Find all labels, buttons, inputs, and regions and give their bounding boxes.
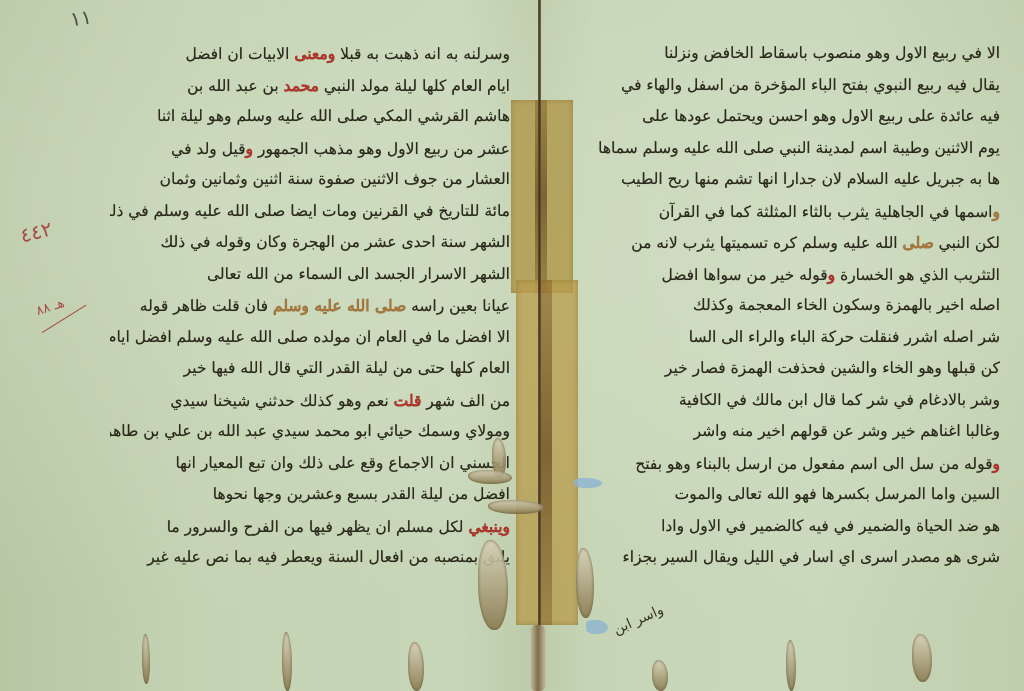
line-text: التثريب الذي هو الخسارة: [835, 266, 1000, 284]
line-text: يليق بمنصبه من افعال السنة ويعطر فيه بما…: [147, 548, 510, 566]
manuscript-line: وشر بالادغام في شر كما قال ابن مالك في ا…: [590, 385, 1000, 417]
gutter-tape-upper: [511, 100, 573, 293]
line-text: العشار من جوف الاثنين صفوة سنة اثنين وثم…: [160, 170, 510, 188]
manuscript-line: واسمها في الجاهلية يثرب بالثاء المثلثة ك…: [590, 196, 1000, 228]
spine-gutter: [538, 0, 541, 691]
line-text: العام كلها حتى من ليلة القدر التي قال ال…: [184, 359, 510, 377]
line-text: افضل من ليلة القدر بسبع وعشرين وجها نحوه…: [213, 485, 510, 503]
manuscript-line: من الف شهر قلت نعم وهو كذلك حدثني شيخنا …: [110, 385, 510, 417]
manuscript-line: العشار من جوف الاثنين صفوة سنة اثنين وثم…: [110, 164, 510, 196]
line-text: بن عبد الله بن: [187, 77, 283, 95]
line-text: قيل ولد في: [171, 140, 245, 158]
worm-hole: [468, 470, 512, 484]
manuscript-line: يليق بمنصبه من افعال السنة ويعطر فيه بما…: [110, 542, 510, 574]
line-text: يوم الاثنين وطيبة اسم لمدينة النبي صلى ا…: [598, 139, 1000, 157]
binding-thread: [530, 625, 546, 691]
manuscript-line: العام كلها حتى من ليلة القدر التي قال ال…: [110, 353, 510, 385]
line-text: ومولاي وسمك حيائي ابو محمد سيدي عبد الله…: [110, 422, 510, 440]
rubric-word: ومعنى: [294, 44, 335, 63]
ochre-word: و: [993, 202, 1001, 221]
manuscript-line: شر اصله اشرر فنقلت حركة الباء والراء الى…: [590, 322, 1000, 354]
line-text: الا افضل ما في العام ان مولده صلى الله ع…: [110, 328, 510, 346]
line-text: الشهر سنة احدى عشر من الهجرة وكان وقوله …: [160, 233, 510, 251]
line-text: نعم وهو كذلك حدثني شيخنا سيدي: [170, 392, 393, 410]
line-text: قوله من سل الى اسم مفعول من ارسل بالبناء…: [635, 455, 992, 473]
right-text-block: الا في ربيع الاول وهو منصوب باسقاط الخاف…: [590, 38, 1000, 574]
manuscript-line: يقال فيه ربيع النبوي بفتح الباء المؤخرة …: [590, 70, 1000, 102]
manuscript-line: التثريب الذي هو الخسارة وقوله خير من سوا…: [590, 259, 1000, 291]
margin-catalog-number: ٤٤٢: [18, 216, 55, 247]
manuscript-line: وغالبا اغناهم خير وشر عن قولهم اخير منه …: [590, 416, 1000, 448]
manuscript-line: وسرلنه به انه ذهبت به قبلا ومعنى الابيات…: [110, 38, 510, 70]
manuscript-line: عشر من ربيع الاول وهو مذهب الجمهور وقيل …: [110, 133, 510, 165]
line-text: الله عليه وسلم كره تسميتها يثرب لانه من: [631, 234, 902, 252]
rubric-word: و: [993, 454, 1001, 473]
manuscript-line: اصله اخير بالهمزة وسكون الخاء المعجمة وك…: [590, 290, 1000, 322]
line-text: وشر بالادغام في شر كما قال ابن مالك في ا…: [679, 391, 1000, 409]
right-page: الا في ربيع الاول وهو منصوب باسقاط الخاف…: [540, 0, 1024, 691]
manuscript-line: السين واما المرسل بكسرها فهو الله تعالى …: [590, 479, 1000, 511]
manuscript-line: ومولاي وسمك حيائي ابو محمد سيدي عبد الله…: [110, 416, 510, 448]
manuscript-line: فيه عائدة على ربيع الاول وهو احسن ويحتمل…: [590, 101, 1000, 133]
manuscript-spread: ١١ ٤٤٢ هـ ٨٨ وسرلنه به انه ذهبت به قبلا …: [0, 0, 1024, 691]
line-text: هاشم القرشي المكي صلى الله عليه وسلم وهو…: [157, 107, 510, 125]
line-text: شرى هو مصدر اسرى اي اسار في الليل ويقال …: [623, 548, 1001, 566]
manuscript-line: الا في ربيع الاول وهو منصوب باسقاط الخاف…: [590, 38, 1000, 70]
line-text: الابيات ان افضل: [186, 45, 295, 63]
line-text: يقال فيه ربيع النبوي بفتح الباء المؤخرة …: [621, 76, 1000, 94]
line-text: السين واما المرسل بكسرها فهو الله تعالى …: [675, 485, 1000, 503]
manuscript-line: ايام العام كلها ليلة مولد النبي محمد بن …: [110, 70, 510, 102]
manuscript-line: وينبغي لكل مسلم ان يظهر فيها من الفرح وا…: [110, 511, 510, 543]
line-text: لكن النبي: [934, 234, 1000, 252]
line-text: مائة للتاريخ في القرنين ومات ايضا صلى ال…: [110, 202, 510, 220]
line-text: قوله خير من سواها افضل: [661, 266, 827, 284]
left-page: ١١ ٤٤٢ هـ ٨٨ وسرلنه به انه ذهبت به قبلا …: [0, 0, 538, 691]
manuscript-line: الشهر سنة احدى عشر من الهجرة وكان وقوله …: [110, 227, 510, 259]
manuscript-line: افضل من ليلة القدر بسبع وعشرين وجها نحوه…: [110, 479, 510, 511]
line-text: هو ضد الحياة والضمير في فيه كالضمير في ا…: [661, 517, 1000, 535]
line-text: لكل مسلم ان يظهر فيها من الفرح والسرور م…: [167, 518, 469, 536]
manuscript-line: الا افضل ما في العام ان مولده صلى الله ع…: [110, 322, 510, 354]
manuscript-line: مائة للتاريخ في القرنين ومات ايضا صلى ال…: [110, 196, 510, 228]
rubric-word: و: [246, 139, 254, 158]
ochre-word: صلى الله عليه وسلم: [273, 296, 406, 315]
line-text: اسمها في الجاهلية يثرب بالثاء المثلثة كم…: [659, 203, 993, 221]
blue-stain: [586, 620, 608, 634]
gutter-tape-lower: [516, 280, 578, 625]
worm-hole: [488, 500, 544, 514]
rubric-word: قلت: [394, 391, 422, 410]
manuscript-line: شرى هو مصدر اسرى اي اسار في الليل ويقال …: [590, 542, 1000, 574]
left-text-block: وسرلنه به انه ذهبت به قبلا ومعنى الابيات…: [110, 38, 510, 574]
line-text: الشهر الاسرار الجسد الى السماء من الله ت…: [207, 265, 510, 283]
line-text: وغالبا اغناهم خير وشر عن قولهم اخير منه …: [694, 422, 1000, 440]
line-text: عشر من ربيع الاول وهو مذهب الجمهور: [253, 140, 510, 158]
manuscript-line: يوم الاثنين وطيبة اسم لمدينة النبي صلى ا…: [590, 133, 1000, 165]
line-text: الا في ربيع الاول وهو منصوب باسقاط الخاف…: [664, 44, 1000, 62]
manuscript-line: ها به جبريل عليه السلام لان جدارا انها ت…: [590, 164, 1000, 196]
rubric-word: محمد: [284, 76, 319, 95]
manuscript-line: عيانا بعين راسه صلى الله عليه وسلم فان ق…: [110, 290, 510, 322]
blue-stain: [574, 478, 602, 488]
line-text: فان قلت ظاهر قوله: [140, 297, 273, 315]
manuscript-line: هاشم القرشي المكي صلى الله عليه وسلم وهو…: [110, 101, 510, 133]
line-text: ايام العام كلها ليلة مولد النبي: [319, 77, 510, 95]
folio-number: ١١: [68, 5, 93, 32]
line-text: شر اصله اشرر فنقلت حركة الباء والراء الى…: [689, 328, 1000, 346]
margin-small-note: هـ ٨٨: [34, 296, 66, 319]
manuscript-line: الحسني ان الاجماع وقع على ذلك وان تبع ال…: [110, 448, 510, 480]
manuscript-line: كن قبلها وهو الخاء والشين فحذفت الهمزة ف…: [590, 353, 1000, 385]
line-text: عيانا بعين راسه: [406, 297, 510, 315]
manuscript-line: لكن النبي صلى الله عليه وسلم كره تسميتها…: [590, 227, 1000, 259]
line-text: من الف شهر: [421, 392, 510, 410]
line-text: وسرلنه به انه ذهبت به قبلا: [335, 45, 510, 63]
line-text: ها به جبريل عليه السلام لان جدارا انها ت…: [621, 170, 1000, 188]
ochre-word: صلى: [903, 233, 934, 252]
line-text: اصله اخير بالهمزة وسكون الخاء المعجمة وك…: [693, 296, 1000, 314]
line-text: فيه عائدة على ربيع الاول وهو احسن ويحتمل…: [642, 107, 1000, 125]
manuscript-line: هو ضد الحياة والضمير في فيه كالضمير في ا…: [590, 511, 1000, 543]
manuscript-line: الشهر الاسرار الجسد الى السماء من الله ت…: [110, 259, 510, 291]
line-text: الحسني ان الاجماع وقع على ذلك وان تبع ال…: [175, 454, 510, 472]
line-text: كن قبلها وهو الخاء والشين فحذفت الهمزة ف…: [665, 359, 1000, 377]
rubric-word: وينبغي: [468, 517, 510, 536]
manuscript-line: وقوله من سل الى اسم مفعول من ارسل بالبنا…: [590, 448, 1000, 480]
